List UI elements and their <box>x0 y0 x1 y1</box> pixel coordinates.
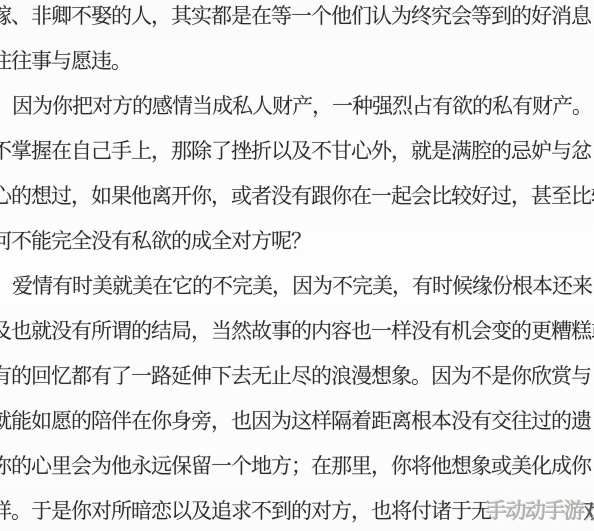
document-page: 嫁、非卿不娶的人，其实都是在等一个他们认为终究会等到的好消息 往往事与愿违。 因… <box>0 0 594 531</box>
text-line: 何不能完全没有私欲的成全对方呢？ <box>0 230 311 253</box>
text-line: 不掌握在自己手上，那除了挫折以及不甘心外，就是满腔的忌妒与忿 <box>0 140 591 163</box>
text-line: 因为你把对方的感情当成私人财产，一种强烈占有欲的私有财产。 <box>12 95 592 118</box>
text-line: 嫁、非卿不娶的人，其实都是在等一个他们认为终究会等到的好消息 <box>0 5 591 28</box>
text-line: 你的心里会为他永远保留一个地方；在那里，你将他想象或美化成你 <box>0 455 591 478</box>
text-line: 往往事与愿违。 <box>0 50 131 73</box>
site-watermark-clipped-char: 戏 <box>584 499 594 523</box>
site-watermark-text: 手动动手游 <box>486 499 584 523</box>
site-watermark: 手动动手游戏 <box>486 499 594 524</box>
text-line: 样。于是你对所暗恋以及追求不到的对方，也将付诸于无 <box>0 500 491 523</box>
text-line: 有的回忆都有了一路延伸下去无止尽的浪漫想象。因为不是你欣赏与 <box>0 365 591 388</box>
text-line: 及也就没有所谓的结局，当然故事的内容也一样没有机会变的更糟糕或 <box>0 320 594 343</box>
text-line: 心的想过，如果他离开你，或者没有跟你在一起会比较好过，甚至比较 <box>0 185 594 208</box>
text-line: 爱情有时美就美在它的不完美，因为不完美，有时候缘份根本还来 <box>12 275 592 298</box>
text-line: 就能如愿的陪伴在你身旁，也因为这样隔着距离根本没有交往过的遗 <box>0 410 591 433</box>
